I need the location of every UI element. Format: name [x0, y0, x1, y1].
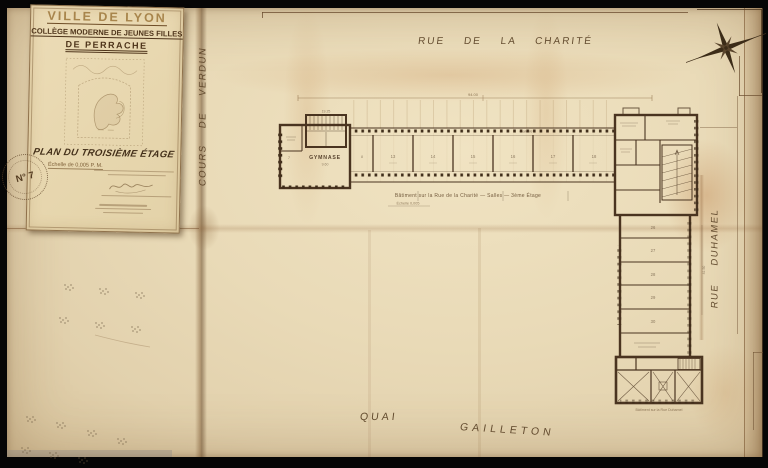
room-number: 26 — [651, 225, 656, 230]
room-number: 18 — [592, 154, 597, 159]
floor-plan-drawing: 94.00 19.25 GYMNASE 9.60 7 8 Galerie 13 … — [268, 85, 708, 415]
gym-label: GYMNASE — [309, 155, 341, 161]
room-number: 15 — [471, 154, 476, 159]
gymnasium-block — [278, 115, 350, 189]
card-scale-text: Échelle de 0,005 P. M. — [48, 162, 103, 170]
card-scale-note: Échelle de 0,005 P. M. — [48, 162, 103, 169]
frame-tick — [262, 12, 263, 18]
coat-of-arms-sketch — [61, 55, 147, 149]
card-city-line: VILLE DE LYON — [31, 8, 183, 25]
galerie-label: Galerie — [520, 129, 534, 134]
number-stamp-inner-ring — [4, 156, 46, 198]
wing-caption-scale: Échelle 0,005 — [396, 201, 419, 206]
side-dimension-label: 41.50 — [702, 266, 706, 275]
room-number: 28 — [651, 272, 656, 277]
bleedthrough-smudges — [10, 270, 170, 465]
frame-line — [753, 352, 754, 430]
vertical-wing — [617, 215, 702, 357]
room-number: 14 — [431, 154, 436, 159]
street-label-right: RUE DUHAMEL — [710, 188, 721, 330]
room-number: 16 — [511, 154, 516, 159]
gym-dim-label: 9.60 — [322, 163, 329, 167]
stair-dimension-label: 19.25 — [322, 110, 331, 114]
attic-block — [616, 357, 702, 403]
card-city-text: VILLE DE LYON — [47, 9, 167, 26]
top-dimension-label: 94.00 — [468, 92, 479, 97]
room-number: 27 — [651, 248, 656, 253]
frame-line — [739, 95, 762, 96]
room-number: 30 — [651, 319, 656, 324]
room-number: 17 — [551, 154, 556, 159]
attic-caption: Bâtiment sur la Rue Duhamel — [636, 408, 683, 412]
street-label-left: COURS DE VERDUN — [198, 41, 209, 193]
room-number: 13 — [391, 154, 396, 159]
gym-side-label: 7 — [288, 155, 291, 160]
card-school-line: COLLÈGE MODERNE DE JEUNES FILLES — [31, 26, 183, 38]
frame-line-top — [262, 12, 688, 13]
scanned-floorplan-page: VILLE DE LYON COLLÈGE MODERNE DE JEUNES … — [0, 0, 768, 468]
compass-rose-icon — [686, 6, 766, 90]
room-number: 29 — [651, 295, 656, 300]
frame-line — [737, 96, 738, 334]
corner-block — [615, 108, 698, 215]
wing-caption: Bâtiment sur la Rue de la Charité — Sall… — [395, 192, 541, 199]
signature-flourish — [107, 178, 155, 195]
title-card: VILLE DE LYON COLLÈGE MODERNE DE JEUNES … — [26, 4, 185, 233]
street-label-top: RUE DE LA CHARITÉ — [417, 36, 593, 47]
frame-line — [753, 352, 763, 353]
card-perrache-text: DE PERRACHE — [65, 39, 147, 54]
